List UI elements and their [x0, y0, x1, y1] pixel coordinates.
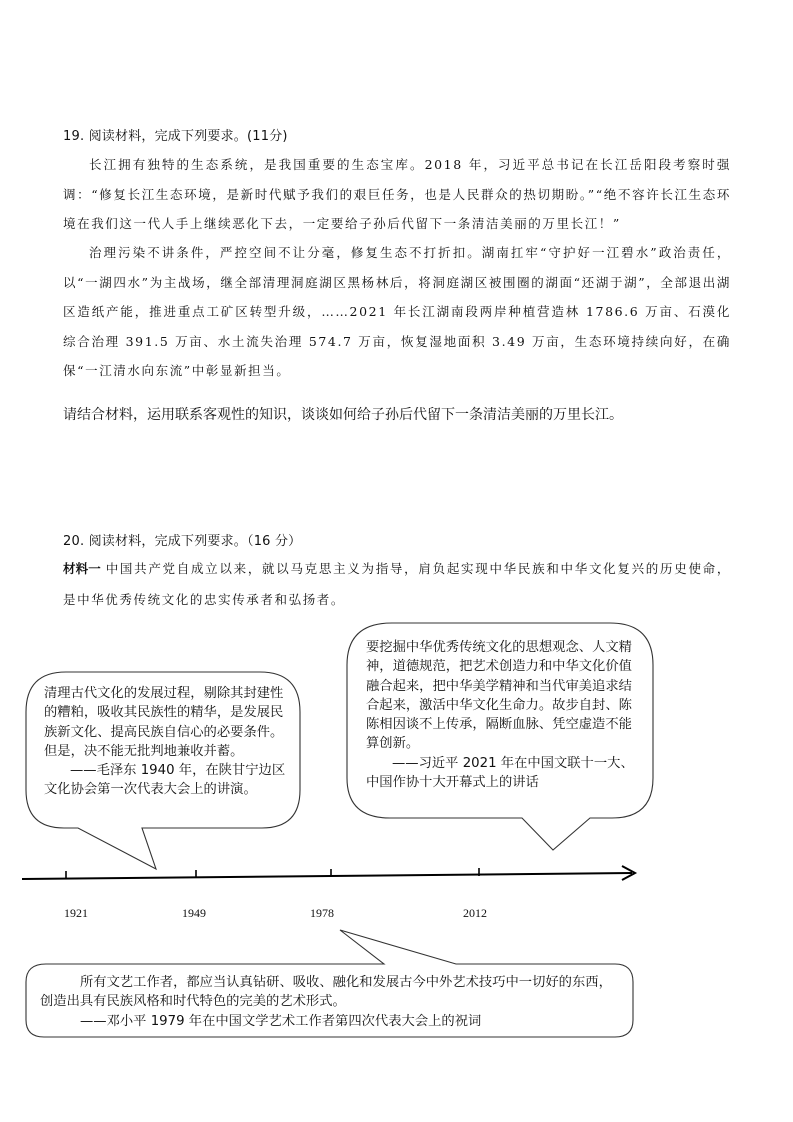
q19-question: 请结合材料，运用联系客观性的知识，谈谈如何给子孙后代留下一条清洁美丽的万里长江。	[63, 404, 743, 424]
q20-material-1: 材料一 中国共产党自成立以来，就以马克思主义为指导，肩负起实现中华民族和中华文化…	[63, 554, 731, 615]
material-1-label: 材料一	[63, 561, 101, 576]
speech-bubble-deng: 所有文艺工作者，都应当认真钻研、吸收、融化和发展古今中外艺术技巧中一切好的东西，…	[40, 973, 624, 1031]
q19-paragraph-1: 长江拥有独特的生态系统，是我国重要的生态宝库。2018 年，习近平总书记在长江岳…	[63, 150, 731, 239]
deng-source: ——邓小平 1979 年在中国文学艺术工作者第四次代表大会上的祝词	[40, 1012, 624, 1031]
timeline-year-1978: 1978	[310, 906, 334, 921]
mao-source: ——毛泽东 1940 年，在陕甘宁边区文化协会第一次代表大会上的讲演。	[44, 761, 288, 800]
timeline-axis	[22, 873, 632, 879]
xi-quote: 要挖掘中华优秀传统文化的思想观念、人文精神，道德规范，把艺术创造力和中华文化价值…	[366, 638, 636, 754]
timeline-year-1949: 1949	[182, 906, 206, 921]
speech-bubble-xi: 要挖掘中华优秀传统文化的思想观念、人文精神，道德规范，把艺术创造力和中华文化价值…	[366, 638, 636, 792]
q20-title: 20. 阅读材料，完成下列要求。（16 分）	[63, 530, 301, 549]
speech-bubble-mao: 清理古代文化的发展过程，剔除其封建性的糟粕，吸收其民族性的精华，是发展民族新文化…	[44, 684, 288, 800]
timeline-year-2012: 2012	[463, 906, 487, 921]
xi-source: ——习近平 2021 年在中国文联十一大、中国作协十大开幕式上的讲话	[366, 754, 636, 793]
q19-paragraph-2: 治理污染不讲条件，严控空间不让分毫，修复生态不打折扣。湖南扛牢“守护好一江碧水”…	[63, 238, 731, 386]
mao-quote: 清理古代文化的发展过程，剔除其封建性的糟粕，吸收其民族性的精华，是发展民族新文化…	[44, 684, 288, 761]
timeline-year-1921: 1921	[64, 906, 88, 921]
material-1-text: 中国共产党自成立以来，就以马克思主义为指导，肩负起实现中华民族和中华文化复兴的历…	[63, 561, 731, 607]
q19-title: 19. 阅读材料，完成下列要求。(11分)	[63, 125, 288, 144]
deng-quote: 所有文艺工作者，都应当认真钻研、吸收、融化和发展古今中外艺术技巧中一切好的东西，…	[40, 973, 624, 1012]
